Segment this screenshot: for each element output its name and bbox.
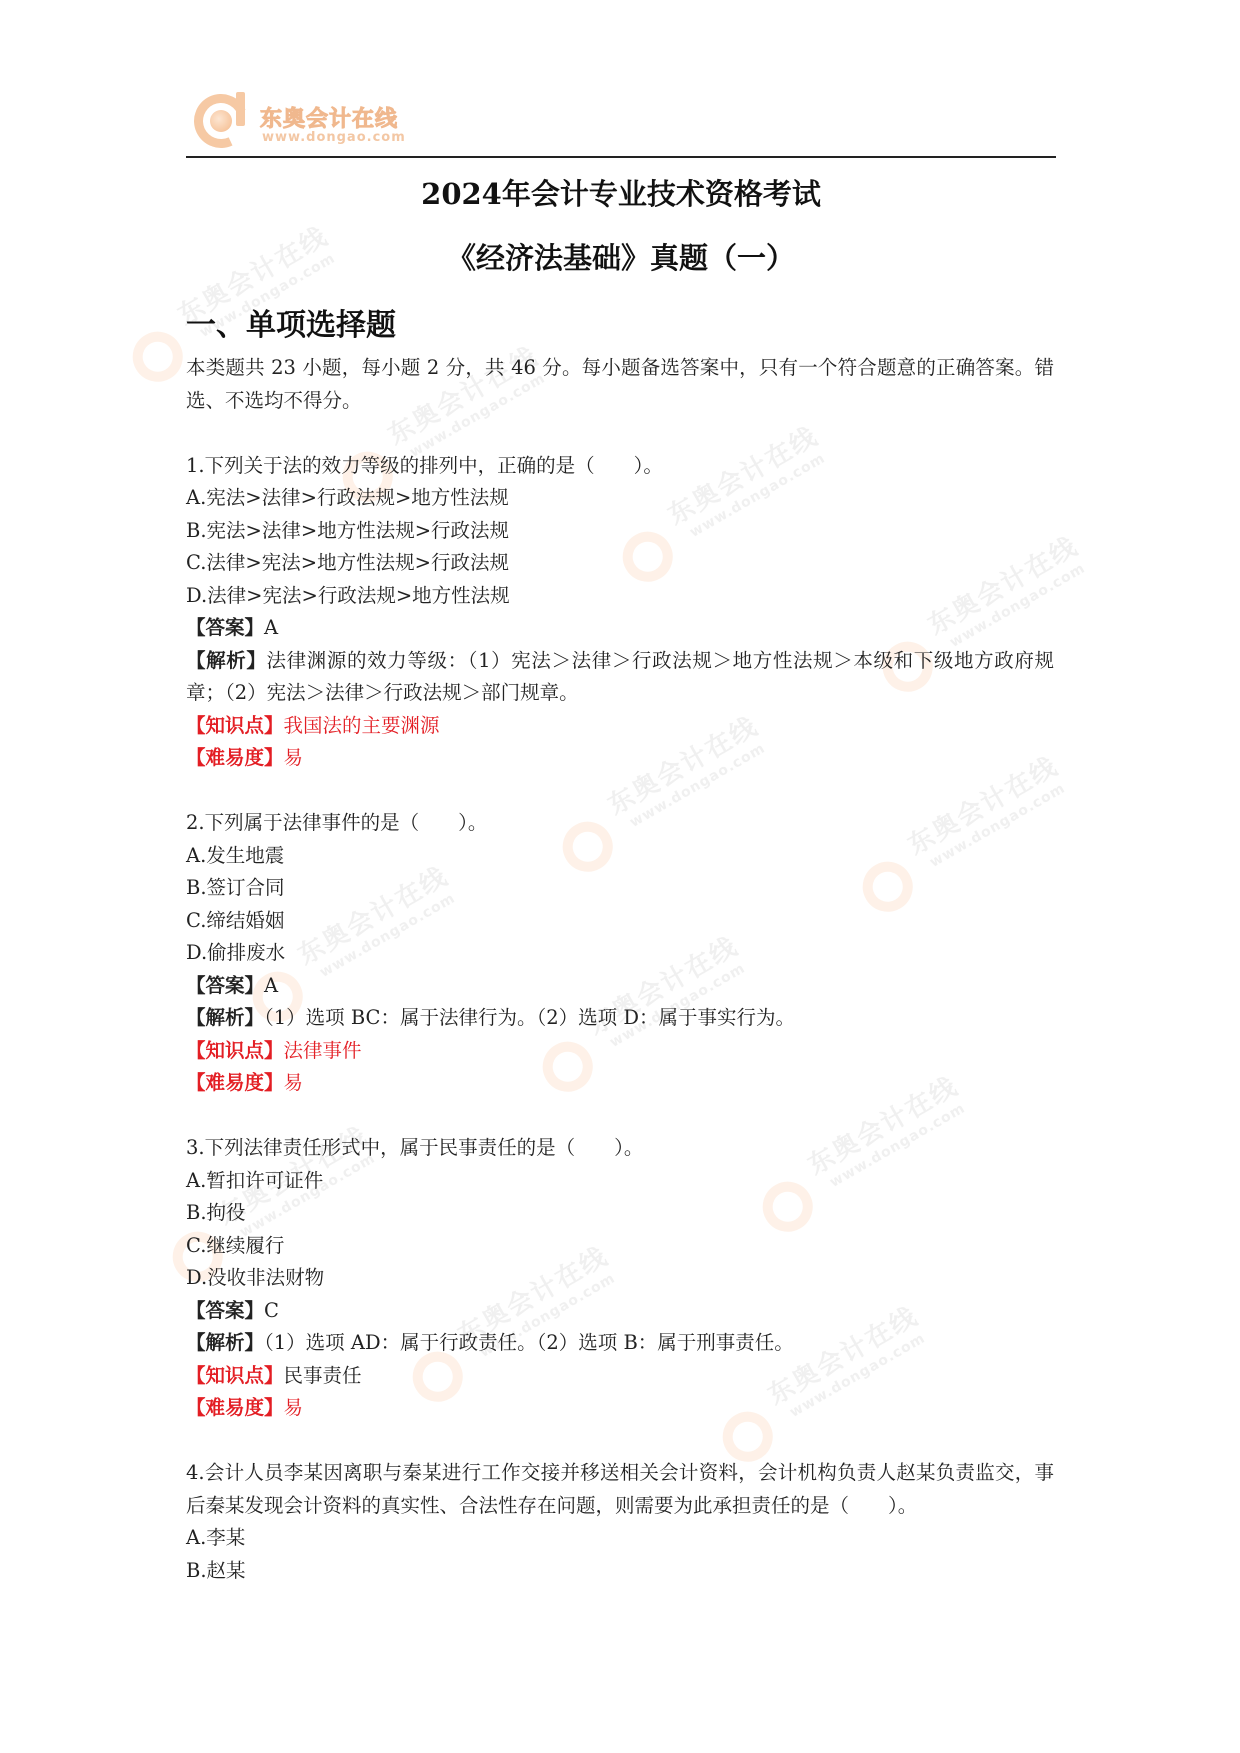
question-3: 3.下列法律责任形式中，属于民事责任的是（ ）。 A.暂扣许可证件 B.拘役 C… (186, 1132, 1054, 1425)
analysis-label: 【解析】 (186, 649, 267, 672)
difficulty-label: 【难易度】 (186, 1396, 284, 1419)
knowledge-line: 【知识点】我国法的主要渊源 (186, 710, 1054, 743)
option-b: B.拘役 (186, 1197, 1054, 1230)
analysis-line: 【解析】法律渊源的效力等级：（1）宪法＞法律＞行政法规＞地方性法规＞本级和下级地… (186, 645, 1054, 710)
knowledge-value: 我国法的主要渊源 (284, 714, 440, 737)
logo-name: 东奥会计在线 (260, 102, 398, 133)
question-stem: 4.会计人员李某因离职与秦某进行工作交接并移送相关会计资料，会计机构负责人赵某负… (186, 1457, 1054, 1522)
option-a: A.宪法>法律>行政法规>地方性法规 (186, 482, 1054, 515)
option-c: C.缔结婚姻 (186, 905, 1054, 938)
question-1: 1.下列关于法的效力等级的排列中，正确的是（ ）。 A.宪法>法律>行政法规>地… (186, 450, 1054, 775)
option-d: D.法律>宪法>行政法规>地方性法规 (186, 580, 1054, 613)
document-page: 东奥会计在线www.dongao.com 东奥会计在线www.dongao.co… (0, 0, 1240, 1753)
option-a: A.李某 (186, 1522, 1054, 1555)
analysis-label: 【解析】 (186, 1331, 264, 1354)
option-d: D.偷排废水 (186, 937, 1054, 970)
header-divider (186, 156, 1056, 158)
difficulty-value: 易 (284, 1396, 304, 1419)
watermark-logo-icon (124, 323, 192, 391)
section-instructions: 本类题共 23 小题，每小题 2 分，共 46 分。每小题备选答案中，只有一个符… (186, 352, 1054, 417)
answer-line: 【答案】A (186, 612, 1054, 645)
difficulty-line: 【难易度】易 (186, 1067, 1054, 1100)
knowledge-label: 【知识点】 (186, 714, 284, 737)
answer-label: 【答案】 (186, 616, 264, 639)
difficulty-value: 易 (284, 1071, 304, 1094)
knowledge-line: 【知识点】法律事件 (186, 1035, 1054, 1068)
option-d: D.没收非法财物 (186, 1262, 1054, 1295)
option-b: B.宪法>法律>地方性法规>行政法规 (186, 515, 1054, 548)
logo-url: www.dongao.com (262, 130, 406, 145)
question-stem: 2.下列属于法律事件的是（ ）。 (186, 807, 1054, 840)
difficulty-line: 【难易度】易 (186, 742, 1054, 775)
knowledge-value: 民事责任 (284, 1364, 362, 1387)
knowledge-label: 【知识点】 (186, 1039, 284, 1062)
option-a: A.发生地震 (186, 840, 1054, 873)
option-c: C.法律>宪法>地方性法规>行政法规 (186, 547, 1054, 580)
analysis-text: （1）选项 AD：属于行政责任。（2）选项 B：属于刑事责任。 (264, 1331, 794, 1354)
knowledge-line: 【知识点】民事责任 (186, 1360, 1054, 1393)
answer-line: 【答案】A (186, 970, 1054, 1003)
option-c: C.继续履行 (186, 1230, 1054, 1263)
option-b: B.签订合同 (186, 872, 1054, 905)
question-stem: 3.下列法律责任形式中，属于民事责任的是（ ）。 (186, 1132, 1054, 1165)
document-subtitle: 《经济法基础》真题（一） (186, 236, 1056, 277)
knowledge-value: 法律事件 (284, 1039, 362, 1062)
section-heading: 一、单项选择题 (186, 300, 396, 344)
difficulty-label: 【难易度】 (186, 1071, 284, 1094)
analysis-label: 【解析】 (186, 1006, 264, 1029)
document-title: 2024年会计专业技术资格考试 (186, 172, 1056, 213)
option-a: A.暂扣许可证件 (186, 1165, 1054, 1198)
logo-stem-icon (236, 92, 245, 126)
knowledge-label: 【知识点】 (186, 1364, 284, 1387)
option-b: B.赵某 (186, 1555, 1054, 1588)
answer-value: A (264, 616, 278, 639)
analysis-line: 【解析】（1）选项 AD：属于行政责任。（2）选项 B：属于刑事责任。 (186, 1327, 1054, 1360)
analysis-text: （1）选项 BC：属于法律行为。（2）选项 D：属于事实行为。 (264, 1006, 795, 1029)
question-stem: 1.下列关于法的效力等级的排列中，正确的是（ ）。 (186, 450, 1054, 483)
answer-value: A (264, 974, 278, 997)
logo-dot-icon (210, 110, 232, 132)
brand-logo: 东奥会计在线 www.dongao.com (192, 88, 412, 148)
question-2: 2.下列属于法律事件的是（ ）。 A.发生地震 B.签订合同 C.缔结婚姻 D.… (186, 807, 1054, 1100)
difficulty-line: 【难易度】易 (186, 1392, 1054, 1425)
document-body: 本类题共 23 小题，每小题 2 分，共 46 分。每小题备选答案中，只有一个符… (186, 352, 1054, 1587)
question-4: 4.会计人员李某因离职与秦某进行工作交接并移送相关会计资料，会计机构负责人赵某负… (186, 1457, 1054, 1587)
answer-value: C (264, 1299, 279, 1322)
answer-line: 【答案】C (186, 1295, 1054, 1328)
difficulty-label: 【难易度】 (186, 746, 284, 769)
analysis-text: 法律渊源的效力等级：（1）宪法＞法律＞行政法规＞地方性法规＞本级和下级地方政府规… (186, 649, 1054, 705)
answer-label: 【答案】 (186, 974, 264, 997)
analysis-line: 【解析】（1）选项 BC：属于法律行为。（2）选项 D：属于事实行为。 (186, 1002, 1054, 1035)
answer-label: 【答案】 (186, 1299, 264, 1322)
difficulty-value: 易 (284, 746, 304, 769)
